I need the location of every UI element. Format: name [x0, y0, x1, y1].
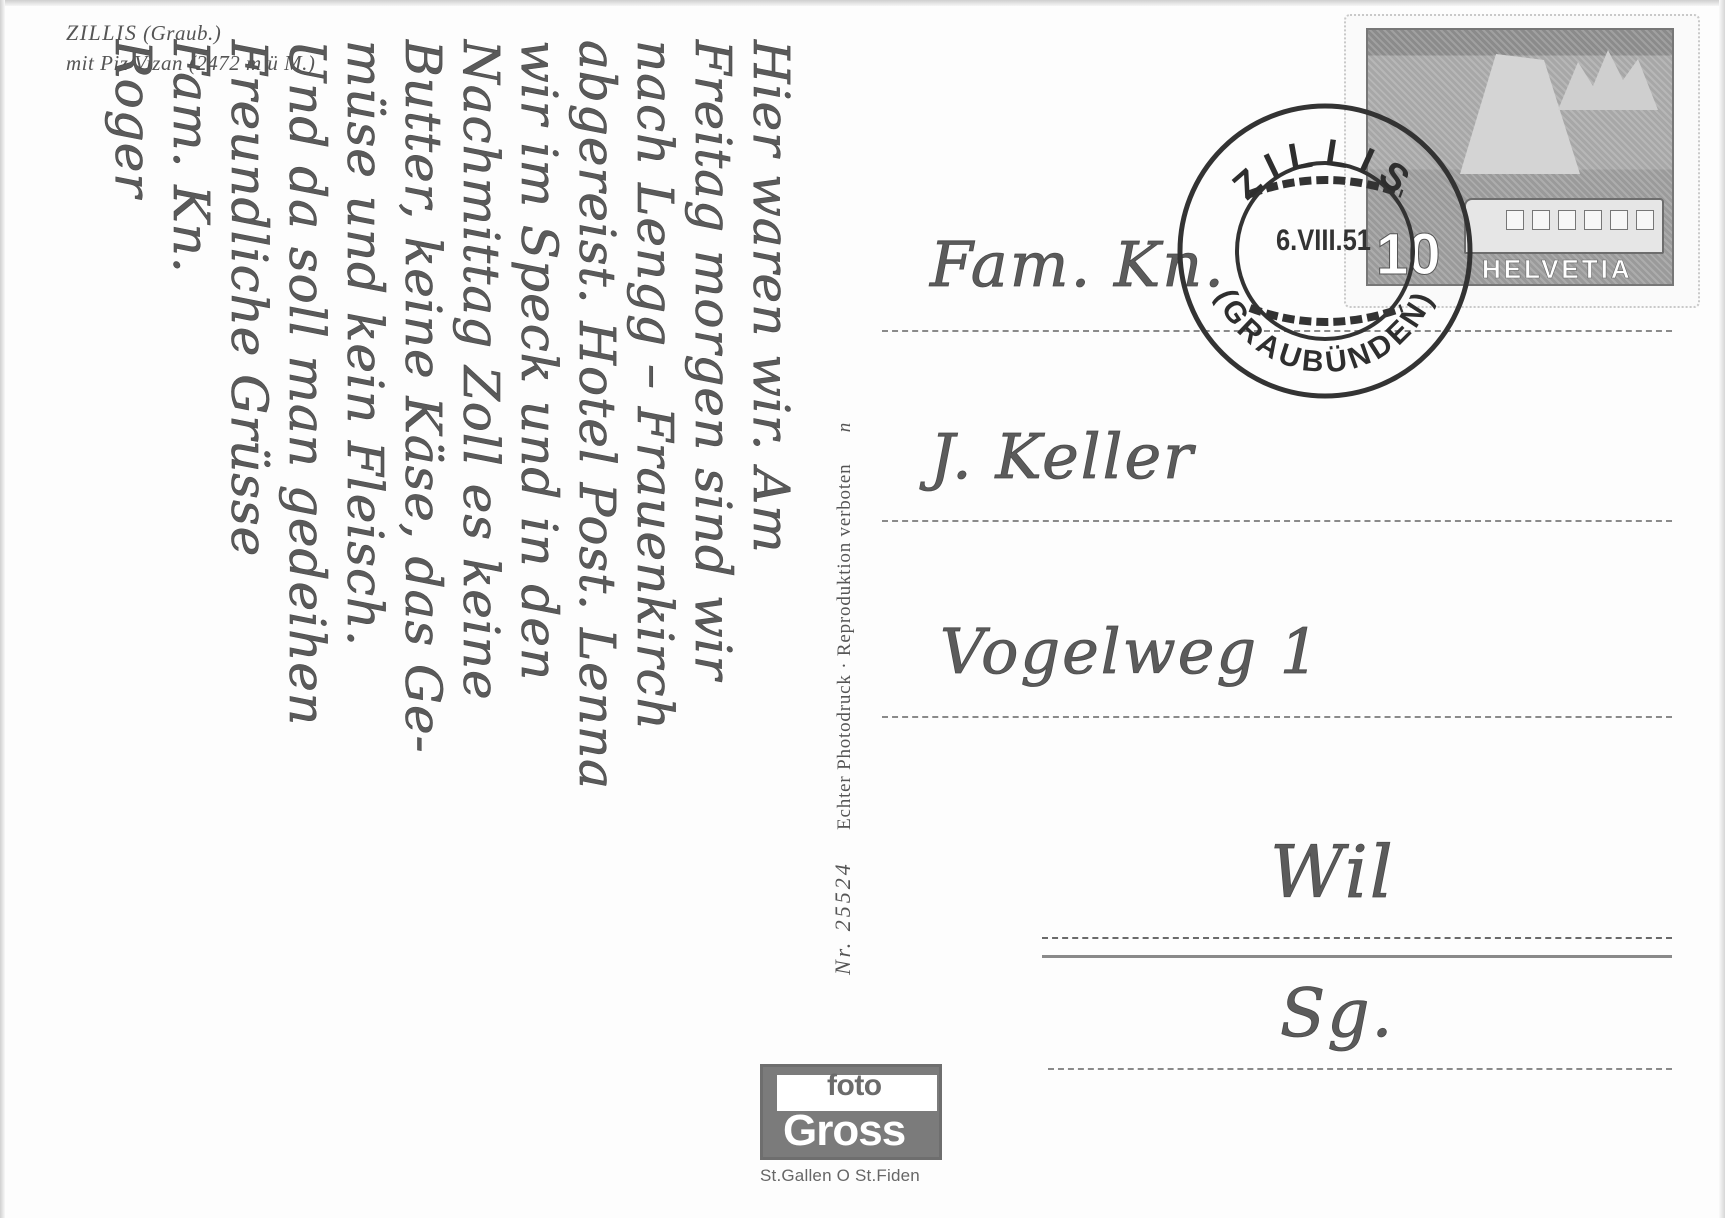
message-line: Nachmittag Zoll es keine	[452, 40, 510, 1130]
address-line-canton: Sg.	[1280, 975, 1394, 1052]
postmark-town: ZILLIS	[1225, 132, 1424, 208]
logo-name: Gross	[783, 1109, 905, 1153]
handwritten-message: Hier waren wir. Am Freitag morgen sind w…	[40, 40, 800, 1130]
postmark-date: 6.VIII.51	[1276, 224, 1371, 258]
message-line: Hier waren wir. Am	[742, 40, 800, 1130]
address-line-city: Wil	[1270, 830, 1395, 914]
printer-imprint: Nr. 25524 Echter Photodruck · Reprodukti…	[830, 422, 856, 975]
address-dotted-line	[882, 716, 1672, 718]
card-edge	[0, 0, 1725, 6]
address-dotted-line	[882, 520, 1672, 522]
card-edge	[1719, 0, 1725, 1218]
peaks-icon	[1558, 50, 1658, 110]
imprint-text: Echter Photodruck · Reproduktion verbote…	[834, 464, 855, 830]
message-line: Freitag morgen sind wir	[684, 40, 742, 1130]
svg-text:ZILLIS: ZILLIS	[1225, 132, 1424, 208]
message-line: Butter, keine Käse, das Ge-	[394, 40, 452, 1130]
message-line: Und da soll man gedeihen	[278, 40, 336, 1130]
stamp-country: HELVETIA	[1482, 254, 1633, 285]
message-line: nach Lengg – Frauenkirch	[626, 40, 684, 1130]
address-line-street: Vogelweg 1	[940, 615, 1321, 688]
address-rule	[1042, 955, 1672, 958]
imprint-mark: n	[834, 422, 855, 432]
logo-location: St.Gallen O St.Fiden	[760, 1166, 920, 1186]
logo-foto: foto	[827, 1069, 882, 1103]
message-line: wir im Speck und in den	[510, 40, 568, 1130]
message-signature: Fam. Kn.	[162, 40, 220, 1130]
message-line: Freundliche Grüsse	[220, 40, 278, 1130]
address-dotted-line	[1048, 1068, 1672, 1070]
train-icon	[1464, 198, 1664, 254]
message-line: abgereist. Hotel Post. Lenna	[568, 40, 626, 1130]
postcard-back: ZILLIS (Graub.) mit Piz Vizan (2472 m ü …	[0, 0, 1725, 1218]
publisher-logo: foto Gross	[760, 1064, 942, 1160]
imprint-number: Nr. 25524	[830, 861, 855, 975]
address-line-name: J. Keller	[930, 420, 1195, 493]
message-line: müse und kein Fleisch.	[336, 40, 394, 1130]
address-dotted-line	[1042, 937, 1672, 939]
message-signature: Roger	[104, 40, 162, 1130]
card-edge	[0, 0, 5, 1218]
postmark-cancellation: ZILLIS (GRAUBÜNDEN) 6.VIII.51	[1170, 96, 1480, 406]
postmark-region: (GRAUBÜNDEN)	[1209, 285, 1441, 380]
svg-text:(GRAUBÜNDEN): (GRAUBÜNDEN)	[1209, 285, 1441, 380]
